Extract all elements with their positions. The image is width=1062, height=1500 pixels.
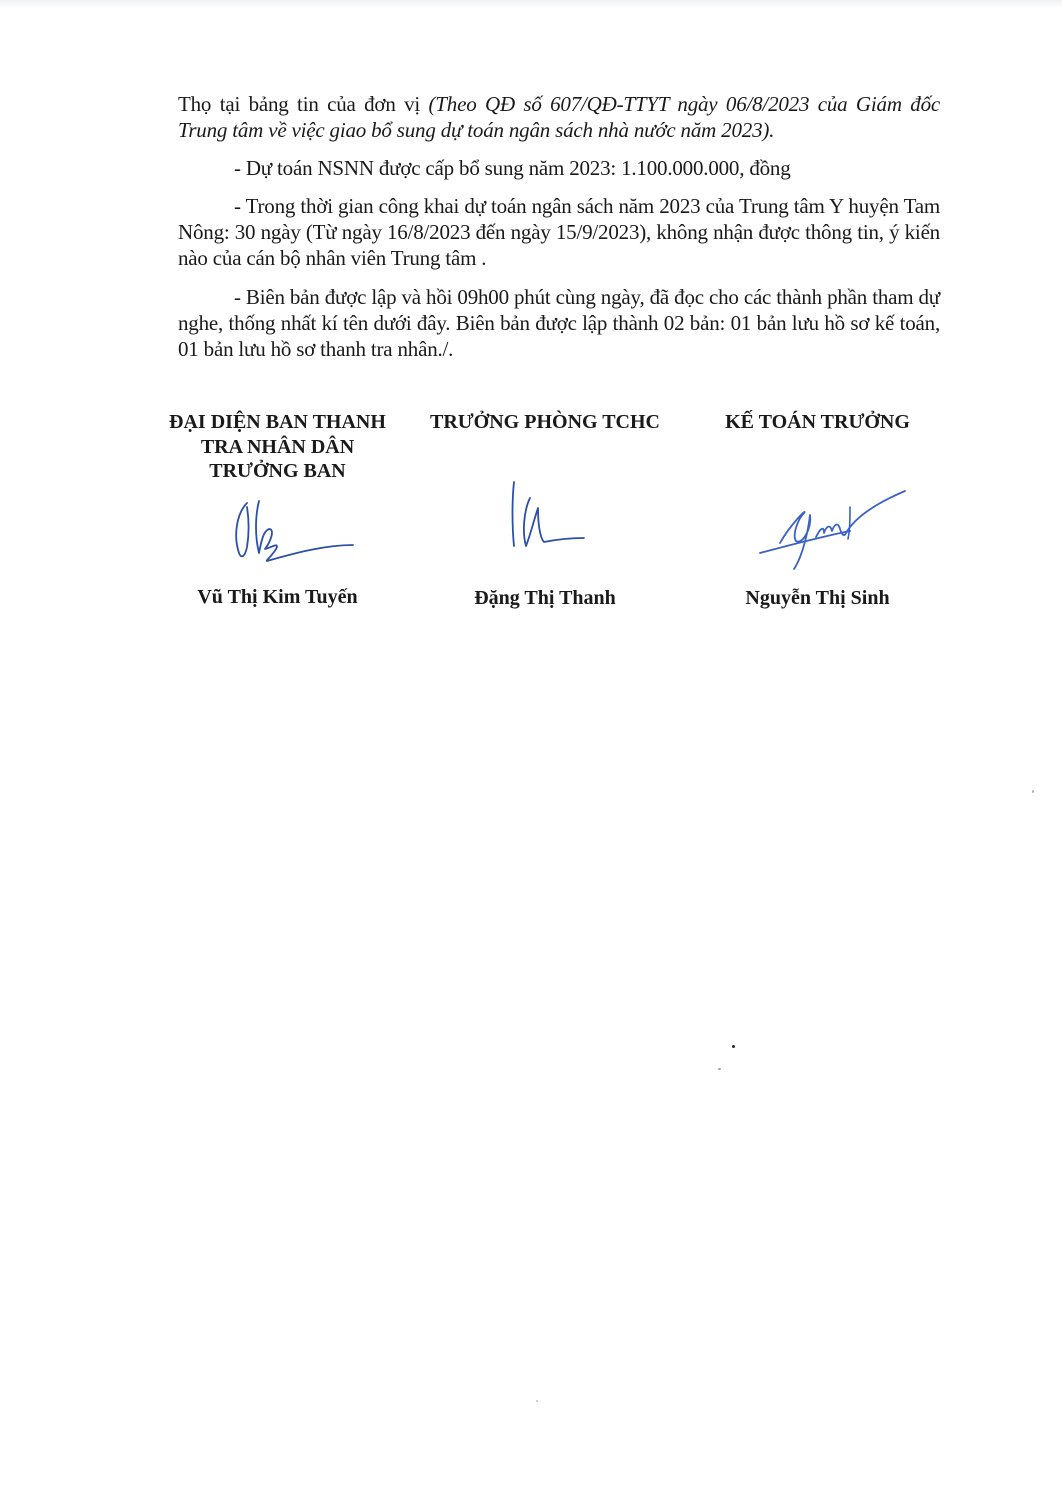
signatory-title-line: TRA NHÂN DÂN — [150, 435, 405, 460]
signatory-name: Nguyễn Thị Sinh — [690, 587, 945, 610]
signatory-name: Vũ Thị Kim Tuyến — [150, 586, 405, 609]
scan-speck — [718, 1068, 721, 1070]
paragraph-text: Thọ tại bảng tin của đơn vị — [178, 92, 429, 116]
signature-dang-thi-thanh — [500, 480, 600, 555]
document-page: Thọ tại bảng tin của đơn vị (Theo QĐ số … — [0, 0, 1062, 1500]
signatory-title-chief-accountant: KẾ TOÁN TRƯỞNG — [690, 410, 945, 435]
signatory-title-line: TRƯỞNG PHÒNG TCHC — [410, 410, 680, 435]
scan-speck — [1032, 790, 1034, 793]
signature-vu-thi-kim-tuyen — [225, 495, 365, 565]
signatory-title-people-inspection: ĐẠI DIỆN BAN THANH TRA NHÂN DÂN TRƯỞNG B… — [150, 410, 405, 484]
signature-nguyen-thi-sinh — [750, 485, 915, 575]
paragraph-minutes-closing: - Biên bản được lập và hồi 09h00 phút cù… — [178, 284, 940, 362]
paragraph-disclosure-period: - Trong thời gian công khai dự toán ngân… — [178, 193, 940, 271]
signatory-name: Đặng Thị Thanh — [410, 587, 680, 610]
paragraph-budget-amount: - Dự toán NSNN được cấp bổ sung năm 2023… — [178, 155, 940, 181]
scan-speck — [536, 1400, 538, 1402]
signatory-title-admin-head: TRƯỞNG PHÒNG TCHC — [410, 410, 680, 435]
scan-edge-shadow — [0, 0, 1062, 8]
signatory-title-line: KẾ TOÁN TRƯỞNG — [690, 410, 945, 435]
paragraph-decision-reference: Thọ tại bảng tin của đơn vị (Theo QĐ số … — [178, 91, 940, 143]
signatory-title-line: TRƯỞNG BAN — [150, 459, 405, 484]
scan-speck — [732, 1045, 735, 1048]
signatory-title-line: ĐẠI DIỆN BAN THANH — [150, 410, 405, 435]
